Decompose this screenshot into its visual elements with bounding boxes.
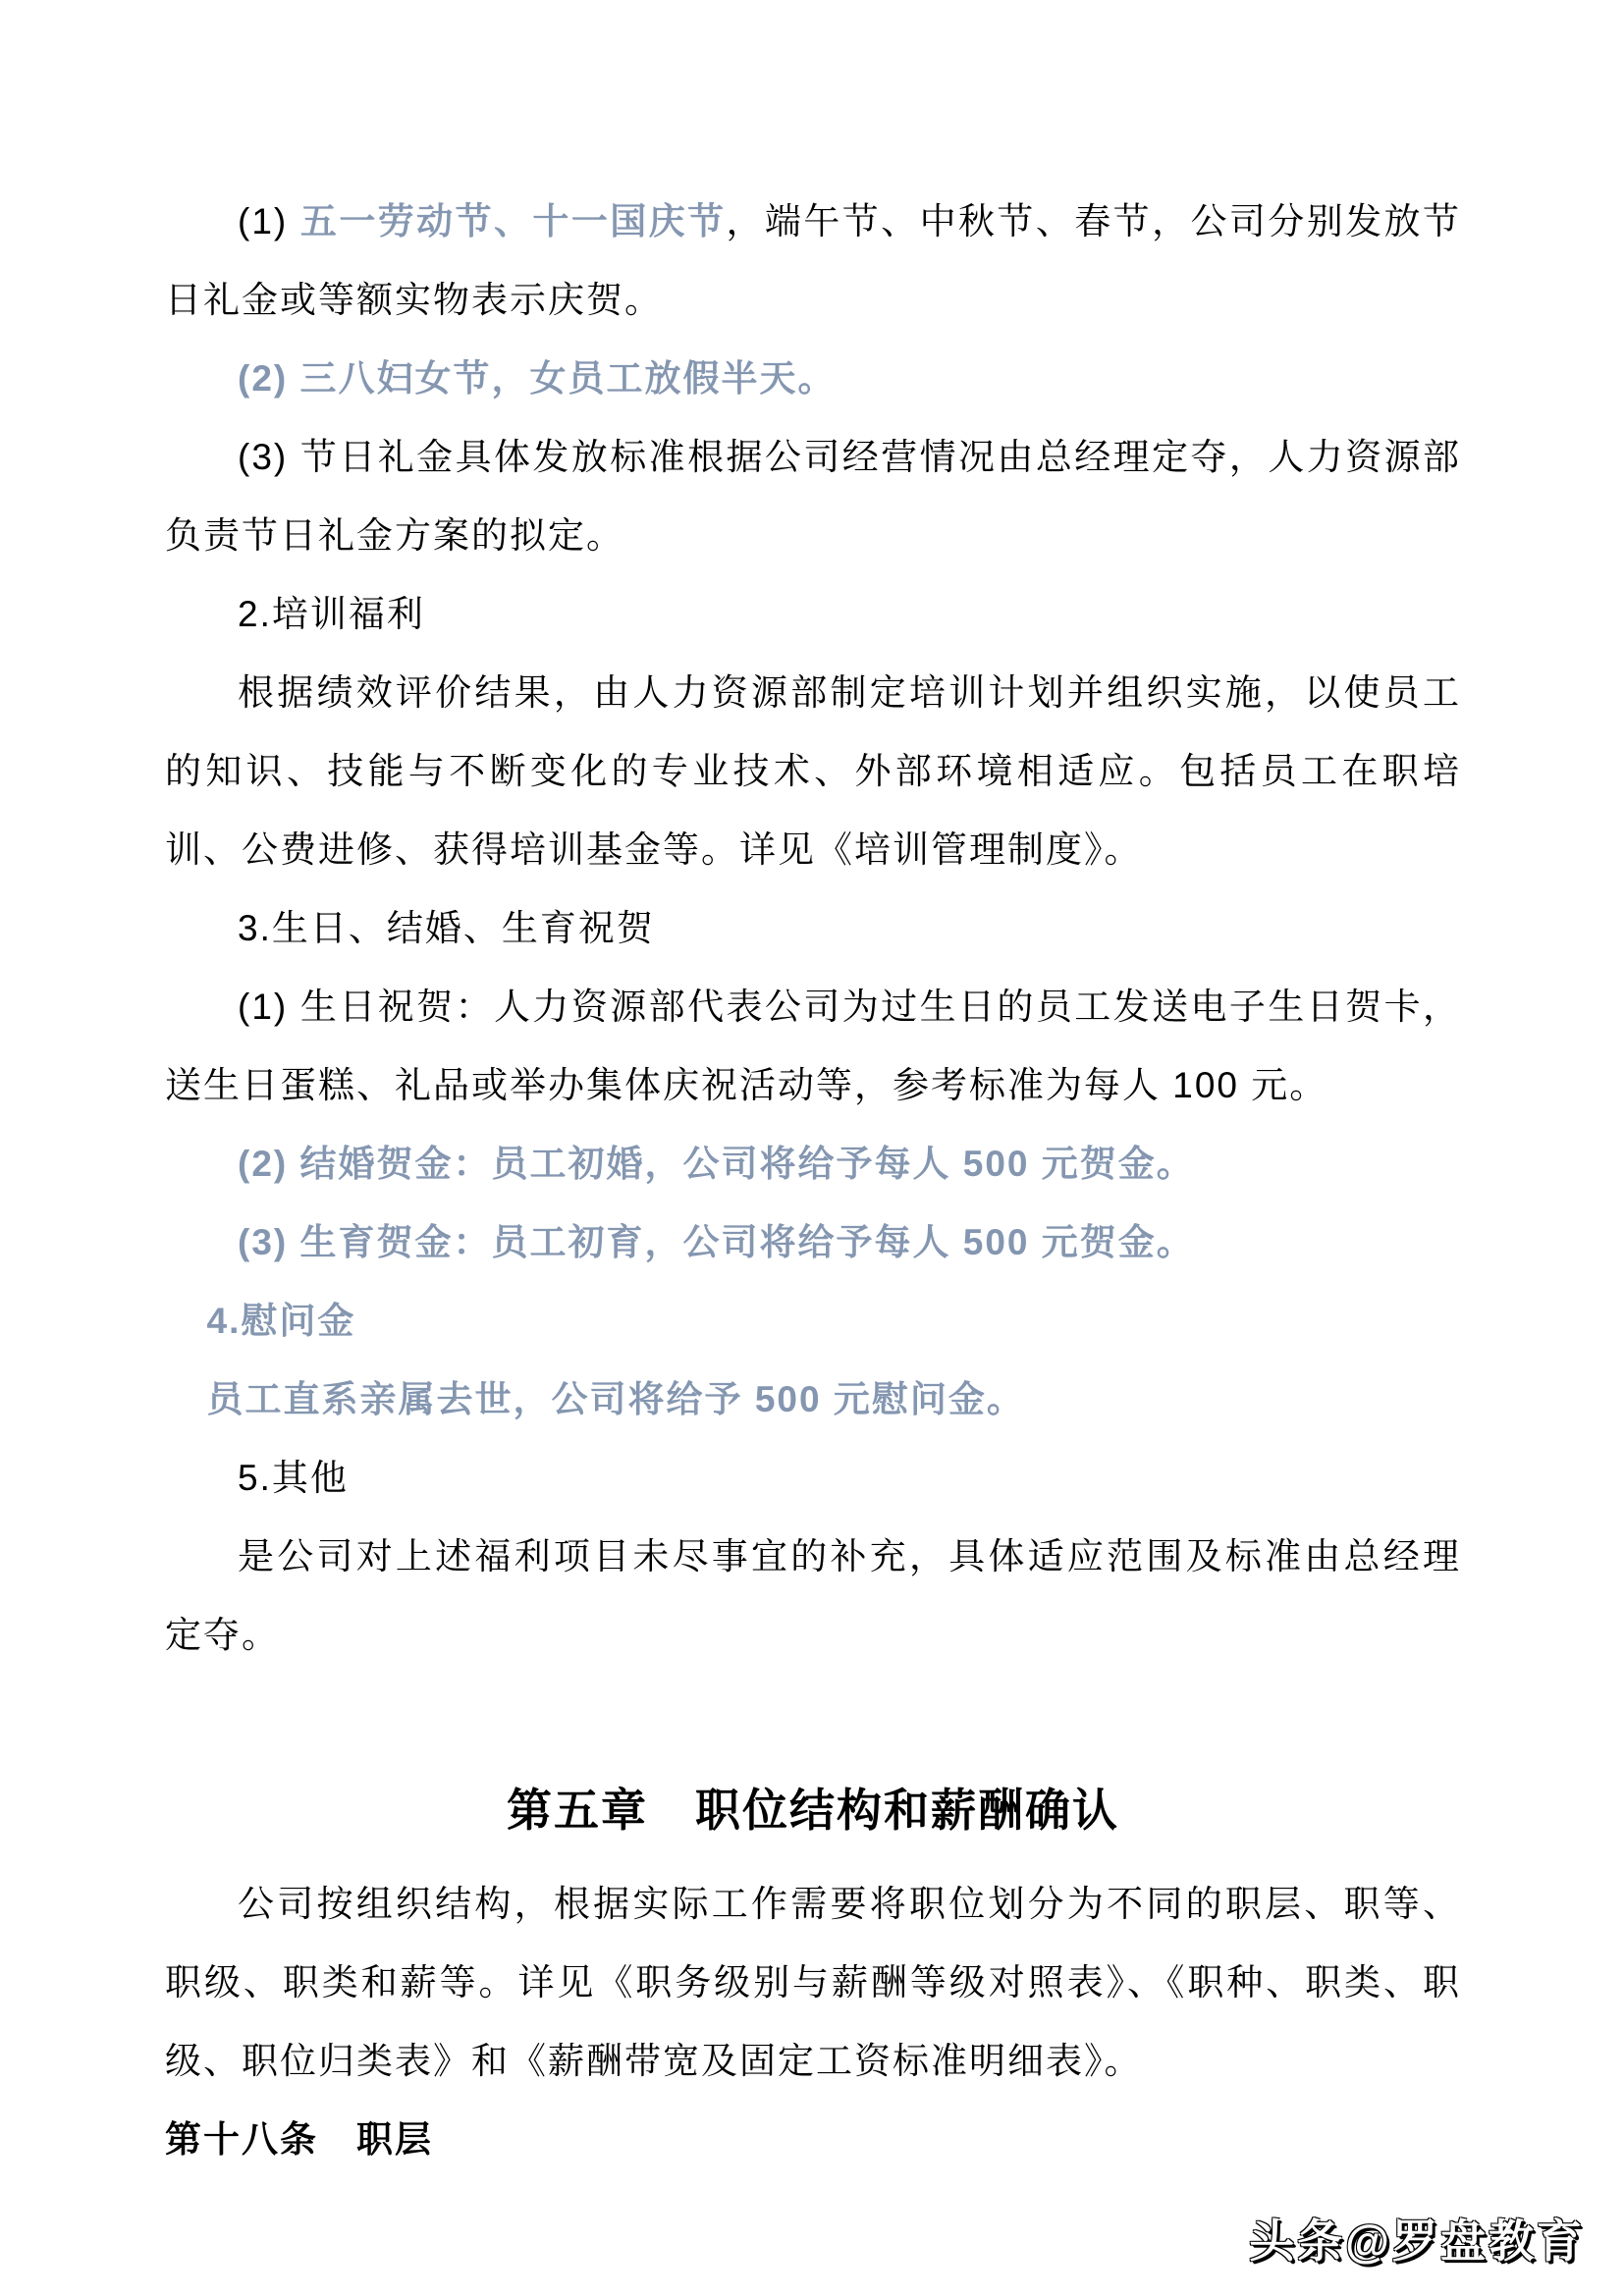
watermark-logo: 头条@罗盘教育 <box>1249 2206 1585 2270</box>
heading-other: 5.其他 <box>165 1439 1461 1518</box>
document-page: (1) 五一劳动节、十一国庆节，端午节、中秋节、春节，公司分别发放节日礼金或等额… <box>0 0 1624 2296</box>
para-festival-gifts: (1) 五一劳动节、十一国庆节，端午节、中秋节、春节，公司分别发放节日礼金或等额… <box>165 183 1461 340</box>
para-marriage-bonus: (2) 结婚贺金：员工初婚，公司将给予每人 500 元贺金。 <box>165 1125 1461 1203</box>
heading-condolence: 4.慰问金 <box>165 1282 1461 1361</box>
festival-item-highlight: 五一劳动节、十一国庆节 <box>300 201 727 241</box>
heading-congrats: 3.生日、结婚、生育祝贺 <box>165 889 1461 968</box>
para-childbirth-bonus: (3) 生育贺金：员工初育，公司将给予每人 500 元贺金。 <box>165 1203 1461 1282</box>
para-training-benefit: 根据绩效评价结果，由人力资源部制定培训计划并组织实施，以使员工的知识、技能与不断… <box>165 654 1461 889</box>
heading-article-18: 第十八条 职层 <box>165 2101 1461 2179</box>
festival-item-prefix: (1) <box>238 201 300 241</box>
para-condolence: 员工直系亲属去世，公司将给予 500 元慰问金。 <box>165 1361 1461 1439</box>
para-chapter-intro: 公司按组织结构，根据实际工作需要将职位划分为不同的职层、职等、职级、职类和薪等。… <box>165 1865 1461 2101</box>
para-other: 是公司对上述福利项目未尽事宜的补充，具体适应范围及标准由总经理定夺。 <box>165 1518 1461 1675</box>
para-festival-money: (3) 节日礼金具体发放标准根据公司经营情况由总经理定夺，人力资源部负责节日礼金… <box>165 418 1461 575</box>
para-birthday: (1) 生日祝贺：人力资源部代表公司为过生日的员工发送电子生日贺卡，送生日蛋糕、… <box>165 968 1461 1125</box>
para-women-day: (2) 三八妇女节，女员工放假半天。 <box>165 340 1461 418</box>
chapter-title: 第五章 职位结构和薪酬确认 <box>165 1765 1461 1855</box>
heading-training-benefit: 2.培训福利 <box>165 575 1461 654</box>
document-body: (1) 五一劳动节、十一国庆节，端午节、中秋节、春节，公司分别发放节日礼金或等额… <box>165 183 1461 2179</box>
